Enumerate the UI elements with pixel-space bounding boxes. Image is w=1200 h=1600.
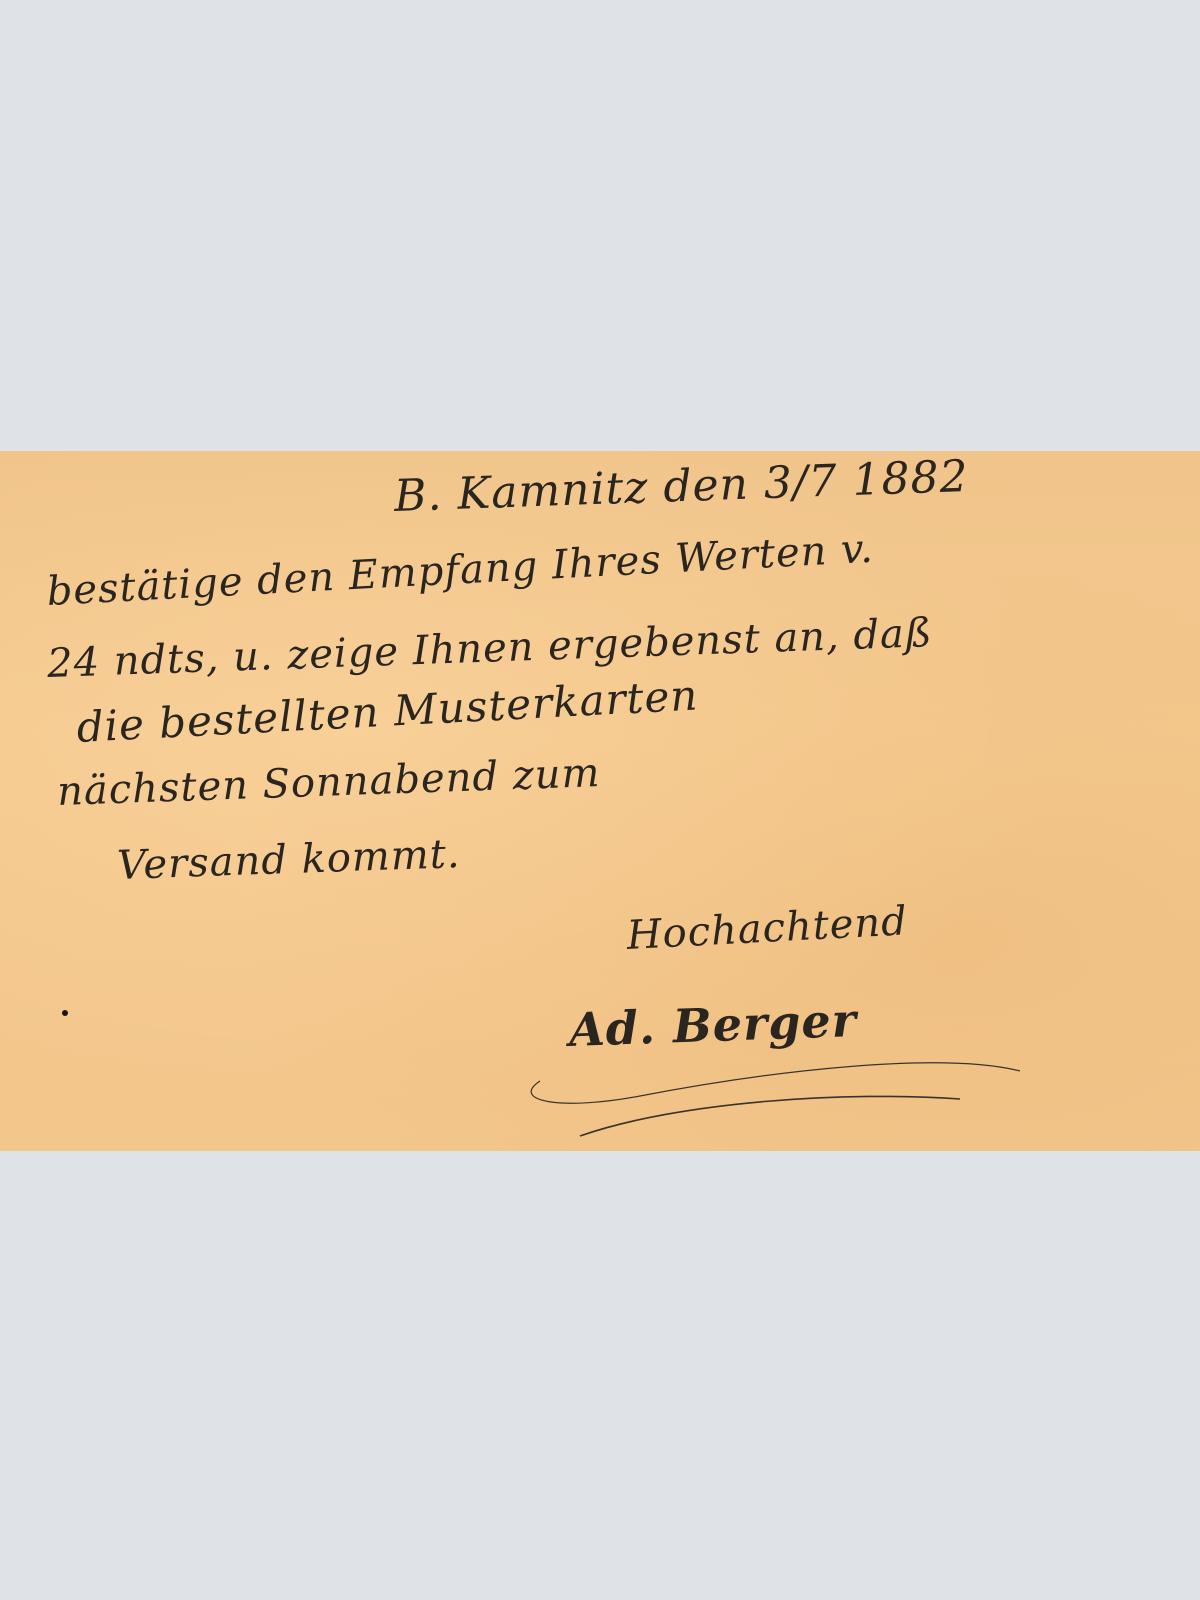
body-line-5: Versand kommt. [116, 831, 461, 889]
body-line-2: 24 ndts, u. zeige Ihnen ergebenst an, da… [46, 610, 933, 687]
dateline: B. Kamnitz den 3/7 1882 [393, 451, 969, 522]
body-line-4: nächsten Sonnabend zum [56, 750, 601, 815]
body-line-1: bestätige den Empfang Ihres Werten v. [46, 526, 875, 615]
closing-salutation: Hochachtend [626, 898, 909, 959]
ink-dot [62, 1010, 68, 1016]
signature-flourish-icon [520, 1041, 1040, 1161]
postcard: B. Kamnitz den 3/7 1882 bestätige den Em… [0, 451, 1200, 1151]
signature: Ad. Berger [568, 993, 858, 1057]
